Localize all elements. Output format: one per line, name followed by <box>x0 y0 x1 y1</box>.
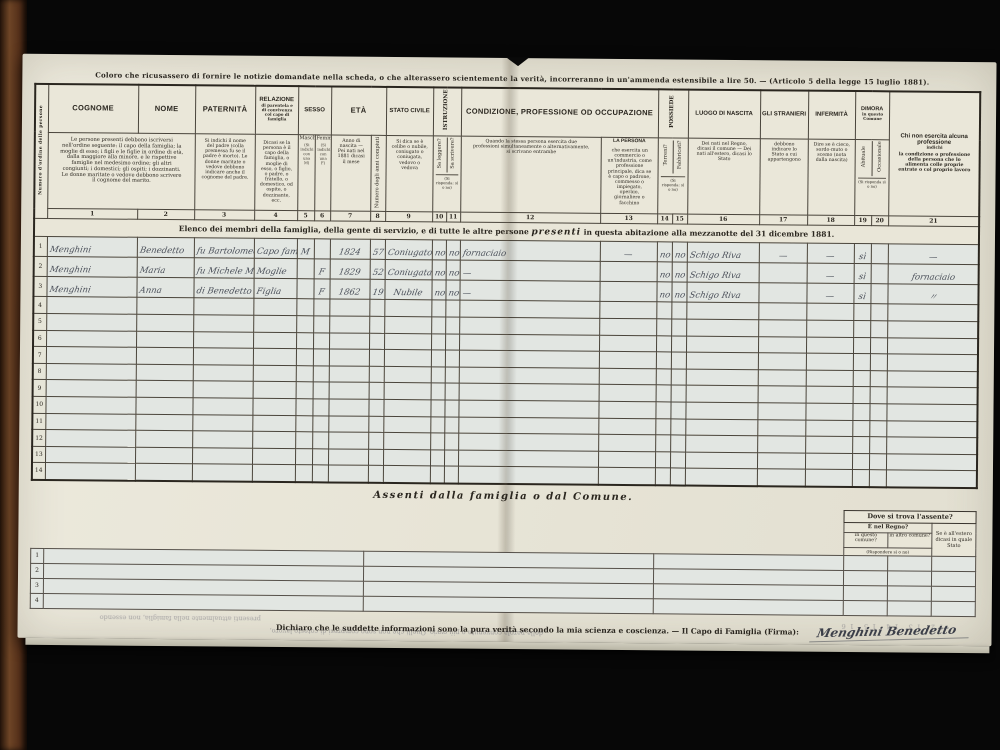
table-cell <box>444 417 458 434</box>
table-cell <box>252 398 295 415</box>
handwritten-entry: fu Bartolomeo <box>196 248 254 257</box>
col-infermita: INFERMITÀ <box>808 91 855 140</box>
table-cell <box>296 279 313 299</box>
table-cell <box>805 470 852 487</box>
dimora-subheader: AbitualeOccasionale (Si risponda sì o no… <box>854 139 889 216</box>
table-cell <box>312 449 328 466</box>
table-cell <box>887 321 978 338</box>
table-cell <box>430 400 444 417</box>
table-cell <box>193 331 253 348</box>
table-cell <box>328 465 368 482</box>
table-cell <box>135 430 192 447</box>
table-cell <box>192 398 252 415</box>
table-cell: Menghini <box>47 237 137 258</box>
table-cell <box>758 336 806 353</box>
table-cell <box>853 354 870 371</box>
table-cell <box>805 453 852 470</box>
table-cell <box>656 369 671 386</box>
table-cell <box>887 304 978 321</box>
handwritten-entry: Schigo Riva <box>688 292 741 301</box>
table-cell <box>193 315 253 332</box>
handwritten-entry: no <box>434 250 446 259</box>
table-cell: no <box>657 242 672 262</box>
table-cell: Coniugata <box>385 260 432 280</box>
table-cell <box>757 403 805 420</box>
row-number: 14 <box>32 463 45 480</box>
handwritten-entry: sì <box>858 274 867 283</box>
table-cell <box>329 366 369 383</box>
handwritten-entry: — <box>461 270 471 279</box>
istruzione-subheader: Sa leggere?Sa scrivere? (Si risponda: sì… <box>432 135 461 212</box>
table-cell <box>758 303 806 320</box>
handwritten-entry: Capo famiglia <box>256 248 297 257</box>
table-cell <box>758 386 806 403</box>
table-cell <box>758 353 806 370</box>
table-cell <box>459 384 599 402</box>
column-number: 20 <box>871 216 888 226</box>
table-cell <box>852 470 869 487</box>
table-cell: F <box>313 279 329 299</box>
handwritten-entry: Moglie <box>255 268 286 277</box>
bleed-through-text-center: della parola convenuta o più ovvio. Quel… <box>270 626 544 636</box>
luogo-instructions: Dei nati nel Regno, dicasi il comune — D… <box>687 138 760 216</box>
table-cell <box>295 399 312 416</box>
table-cell <box>459 350 599 368</box>
table-cell <box>599 302 656 319</box>
table-cell <box>313 382 329 399</box>
table-cell: Schigo Riva <box>686 283 758 304</box>
col-chi-non-esercita: Chi non esercita alcuna professione indi… <box>888 91 980 217</box>
table-cell <box>430 450 444 467</box>
table-cell <box>887 585 931 600</box>
table-cell <box>886 437 977 454</box>
maschio-header: Maschio(Si indichi con una M) <box>297 134 315 211</box>
table-cell <box>136 331 193 348</box>
handwritten-entry: 〃 <box>928 294 938 303</box>
table-cell <box>686 319 758 336</box>
table-cell <box>135 397 192 414</box>
table-cell: Schigo Riva <box>687 243 759 264</box>
table-cell <box>296 366 313 383</box>
table-cell <box>313 332 329 349</box>
row-number: 3 <box>30 578 43 593</box>
table-cell <box>887 600 931 615</box>
row-number-column-header: Numero d'ordine delle persone <box>34 84 48 219</box>
table-cell <box>46 297 136 314</box>
column-number: 17 <box>759 215 807 225</box>
handwritten-entry: no <box>658 292 670 301</box>
table-cell <box>758 320 806 337</box>
table-cell <box>430 433 444 450</box>
table-cell <box>430 466 444 483</box>
table-cell <box>295 432 312 449</box>
table-cell <box>384 317 431 334</box>
table-cell: no <box>446 260 460 280</box>
handwritten-entry: no <box>658 272 670 281</box>
table-cell: fornaciaio <box>888 264 979 285</box>
row-number: 1 <box>31 548 44 563</box>
table-cell <box>384 300 431 317</box>
table-cell <box>806 353 853 370</box>
table-cell: Menghini <box>46 277 136 298</box>
table-cell <box>46 347 136 364</box>
table-cell <box>192 414 252 431</box>
table-cell <box>383 416 430 433</box>
table-cell <box>445 300 459 317</box>
table-cell <box>328 449 368 466</box>
table-cell <box>312 415 328 432</box>
table-cell <box>805 403 852 420</box>
table-cell <box>853 304 870 321</box>
census-sheet: Coloro che ricusassero di fornire le not… <box>17 54 996 646</box>
handwritten-entry: fornaciaio <box>462 250 507 259</box>
table-cell <box>806 304 853 321</box>
fold-notch <box>506 57 530 66</box>
table-cell <box>599 385 656 402</box>
table-cell <box>252 448 295 465</box>
header-desc-row: Le persone presenti debbono iscriversi n… <box>34 132 980 217</box>
handwritten-entry: no <box>447 290 459 299</box>
table-cell <box>599 282 656 302</box>
table-cell <box>843 600 887 615</box>
table-cell <box>368 399 383 416</box>
table-cell <box>193 365 253 382</box>
handwritten-entry: Coniugata <box>386 269 431 278</box>
table-cell <box>685 435 757 452</box>
table-cell <box>384 333 431 350</box>
table-cell <box>843 570 887 585</box>
table-cell: sì <box>854 264 871 284</box>
table-cell <box>295 465 312 482</box>
handwritten-entry: no <box>433 290 445 299</box>
table-cell <box>887 354 978 371</box>
table-cell <box>886 470 977 487</box>
stato-civile-instructions: Si dica se è celibe o nubile, coniugato … <box>385 135 433 212</box>
table-cell <box>852 453 869 470</box>
table-cell <box>297 259 314 279</box>
col-possiede: POSSIEDE <box>658 89 688 137</box>
table-cell: M <box>297 239 314 259</box>
stranieri-instructions: debbono indicare lo Stato a cui apparten… <box>759 138 808 215</box>
table-cell <box>685 419 757 436</box>
table-cell <box>368 416 383 433</box>
table-cell <box>296 299 313 316</box>
handwritten-entry: 1824 <box>338 249 361 258</box>
table-cell <box>887 387 978 404</box>
table-cell <box>686 386 758 403</box>
handwritten-entry: no <box>448 250 460 259</box>
table-cell: no <box>446 240 460 260</box>
table-cell <box>871 264 888 284</box>
handwritten-entry: — <box>825 273 835 282</box>
table-cell <box>599 368 656 385</box>
table-cell <box>384 366 431 383</box>
table-cell <box>252 415 295 432</box>
handwritten-entry: F <box>318 289 325 298</box>
table-cell <box>653 568 843 585</box>
assenti-table-body: 1234 <box>30 548 976 616</box>
table-cell: Maria <box>137 258 194 278</box>
table-cell <box>368 433 383 450</box>
main-table-body: 1MenghiniBenedettofu BartolomeoCapo fami… <box>32 237 979 488</box>
table-cell <box>758 283 806 303</box>
table-cell <box>598 401 655 418</box>
column-number: 10 <box>432 212 446 222</box>
table-cell <box>459 317 599 335</box>
table-cell <box>445 383 459 400</box>
table-cell <box>599 318 656 335</box>
footer-area: presenti attualmente nella famiglia, non… <box>29 616 973 664</box>
table-cell <box>431 317 445 334</box>
column-number: 13 <box>600 214 657 224</box>
table-cell: sì <box>854 244 871 264</box>
table-cell <box>758 370 806 387</box>
handwritten-entry: fornaciaio <box>910 274 955 283</box>
handwritten-entry: F <box>318 269 325 278</box>
table-cell <box>45 446 135 463</box>
table-cell <box>329 333 369 350</box>
table-cell <box>670 452 685 469</box>
table-cell <box>363 596 653 614</box>
handwritten-entry: 57 <box>372 249 384 258</box>
table-cell: — <box>460 261 600 282</box>
handwritten-entry: fu Michele Moro <box>195 268 253 277</box>
table-cell: no <box>431 280 445 300</box>
table-cell <box>383 466 430 483</box>
table-cell: 1829 <box>330 259 370 279</box>
table-cell <box>253 315 296 332</box>
table-cell <box>670 468 685 485</box>
row-number: 4 <box>30 593 43 608</box>
table-cell <box>757 469 805 486</box>
table-cell <box>383 433 430 450</box>
table-cell <box>368 466 383 483</box>
table-cell <box>46 363 136 380</box>
table-cell <box>886 420 977 437</box>
table-cell <box>653 598 843 615</box>
table-cell: Figlia <box>253 279 296 299</box>
table-cell <box>656 319 671 336</box>
table-cell <box>853 321 870 338</box>
table-cell <box>843 585 887 600</box>
column-number: 16 <box>687 215 759 226</box>
table-cell <box>135 414 192 431</box>
table-cell <box>686 369 758 386</box>
table-cell <box>253 332 296 349</box>
table-cell <box>136 364 193 381</box>
absent-estero-label: Se è all'estero dicasi in quale Stato <box>932 523 976 556</box>
anni-compiuti-header: Numero degli anni compiuti <box>370 135 386 212</box>
table-cell <box>445 334 459 351</box>
handwritten-entry: sì <box>858 254 867 263</box>
table-cell <box>598 451 655 468</box>
table-cell <box>671 319 686 336</box>
table-cell: — <box>888 244 979 265</box>
table-cell <box>459 334 599 352</box>
table-cell <box>369 350 384 367</box>
table-cell <box>931 571 975 586</box>
table-cell: — <box>759 243 807 263</box>
table-cell <box>444 433 458 450</box>
table-cell: fornaciaio <box>460 241 600 262</box>
table-cell <box>852 404 869 421</box>
table-cell: — <box>600 242 657 262</box>
table-cell <box>931 601 975 616</box>
table-cell <box>806 337 853 354</box>
column-number: 14 <box>657 214 672 224</box>
table-cell <box>654 553 844 570</box>
table-cell <box>136 381 193 398</box>
handwritten-entry: di Benedetto <box>195 288 252 297</box>
handwritten-entry: Maria <box>138 267 165 276</box>
table-cell <box>458 417 598 435</box>
table-cell <box>671 369 686 386</box>
table-cell <box>869 470 886 487</box>
table-cell <box>369 333 384 350</box>
table-cell <box>806 320 853 337</box>
table-cell <box>887 570 931 585</box>
table-cell <box>445 350 459 367</box>
col-eta: ETÀ <box>331 86 386 135</box>
handwritten-entry: Coniugato <box>387 249 432 258</box>
table-cell <box>369 383 384 400</box>
handwritten-entry: Figlia <box>255 288 281 297</box>
table-cell <box>296 316 313 333</box>
table-cell <box>853 370 870 387</box>
handwritten-entry: no <box>659 252 671 261</box>
table-cell <box>136 348 193 365</box>
table-cell: sì <box>853 284 870 304</box>
table-cell <box>444 400 458 417</box>
table-cell <box>887 371 978 388</box>
table-cell <box>313 316 329 333</box>
table-cell <box>46 380 136 397</box>
table-cell: Moglie <box>254 259 297 279</box>
table-cell: Capo famiglia <box>254 239 297 259</box>
table-cell <box>670 419 685 436</box>
col-paternita: PATERNITÀ <box>195 85 255 134</box>
row-number-vertical-label: Numero d'ordine delle persone <box>39 105 44 195</box>
table-cell <box>313 349 329 366</box>
table-cell: — <box>806 284 853 304</box>
handwritten-entry: no <box>673 272 685 281</box>
row-number: 9 <box>33 380 46 397</box>
handwritten-entry: Menghini <box>49 246 92 255</box>
table-cell <box>383 399 430 416</box>
table-cell <box>445 367 459 384</box>
table-cell <box>192 464 252 481</box>
table-cell <box>445 317 459 334</box>
table-cell <box>329 349 369 366</box>
table-cell <box>655 468 670 485</box>
table-cell <box>656 335 671 352</box>
femmina-header: Femmina(Si indichi con una F) <box>314 134 331 211</box>
cognome-nome-instructions: Le persone presenti debbono iscriversi n… <box>47 132 195 210</box>
table-cell <box>45 413 135 430</box>
table-cell <box>328 432 368 449</box>
table-cell: 〃 <box>887 284 978 305</box>
table-cell <box>253 349 296 366</box>
table-cell <box>329 299 369 316</box>
handwritten-entry: no <box>673 292 685 301</box>
absent-questo-comune-label: in questo comune? <box>844 532 888 547</box>
handwritten-entry: no <box>433 270 445 279</box>
table-cell: — <box>807 264 854 284</box>
table-cell <box>931 586 975 601</box>
table-cell <box>852 437 869 454</box>
table-cell <box>329 316 369 333</box>
table-cell <box>670 402 685 419</box>
table-cell <box>384 350 431 367</box>
handwritten-entry: Schigo Riva <box>689 252 742 261</box>
table-cell <box>253 365 296 382</box>
table-cell <box>369 366 384 383</box>
handwritten-entry: — <box>623 252 633 261</box>
table-cell: no <box>432 260 446 280</box>
column-number: 11 <box>446 212 460 222</box>
table-cell <box>136 314 193 331</box>
table-cell: Anna <box>136 278 193 298</box>
handwritten-entry: Schigo Riva <box>688 272 741 281</box>
table-cell <box>296 382 313 399</box>
handwritten-entry: Anna <box>138 287 162 296</box>
row-number: 4 <box>33 297 46 314</box>
column-number: 3 <box>194 210 254 221</box>
table-cell: F <box>314 259 330 279</box>
table-cell <box>653 583 843 600</box>
anno-nascita-header: Anno di nascita — Pei nati nel 1881 dica… <box>330 135 371 212</box>
table-cell <box>369 300 384 317</box>
table-cell: no <box>672 262 687 282</box>
table-cell: no <box>445 280 459 300</box>
col-stranieri: GLI STRANIERI <box>760 90 808 139</box>
handwritten-entry: no <box>674 252 686 261</box>
col-dimora: DIMORAin questo Comune <box>855 91 889 139</box>
table-cell <box>869 404 886 421</box>
table-cell <box>671 352 686 369</box>
bleed-through-text-left: presenti attualmente nella famiglia, non… <box>100 613 261 622</box>
table-cell <box>312 465 328 482</box>
table-cell: Benedetto <box>137 238 194 258</box>
table-cell <box>853 387 870 404</box>
table-cell <box>135 447 192 464</box>
table-cell <box>656 385 671 402</box>
table-cell <box>806 387 853 404</box>
table-cell <box>193 348 253 365</box>
table-cell <box>252 432 295 449</box>
table-cell <box>193 298 253 315</box>
row-number: 11 <box>32 413 45 430</box>
handwritten-entry: — <box>825 253 835 262</box>
table-cell <box>844 555 888 570</box>
table-cell <box>329 382 369 399</box>
table-cell: no <box>671 282 686 302</box>
table-cell <box>600 262 657 282</box>
table-cell <box>886 404 977 421</box>
table-cell <box>296 349 313 366</box>
table-cell <box>193 381 253 398</box>
head-of-family-signature: Menghini Benedetto <box>809 622 972 642</box>
table-cell <box>870 337 887 354</box>
table-cell <box>431 334 445 351</box>
table-cell <box>598 418 655 435</box>
paternita-instructions: Si indichi il nome del padre (colla prem… <box>194 133 255 210</box>
table-cell <box>431 350 445 367</box>
table-cell <box>368 449 383 466</box>
table-cell <box>757 419 805 436</box>
table-cell <box>598 468 655 485</box>
col-istruzione: ISTRUZIONE <box>433 87 461 135</box>
